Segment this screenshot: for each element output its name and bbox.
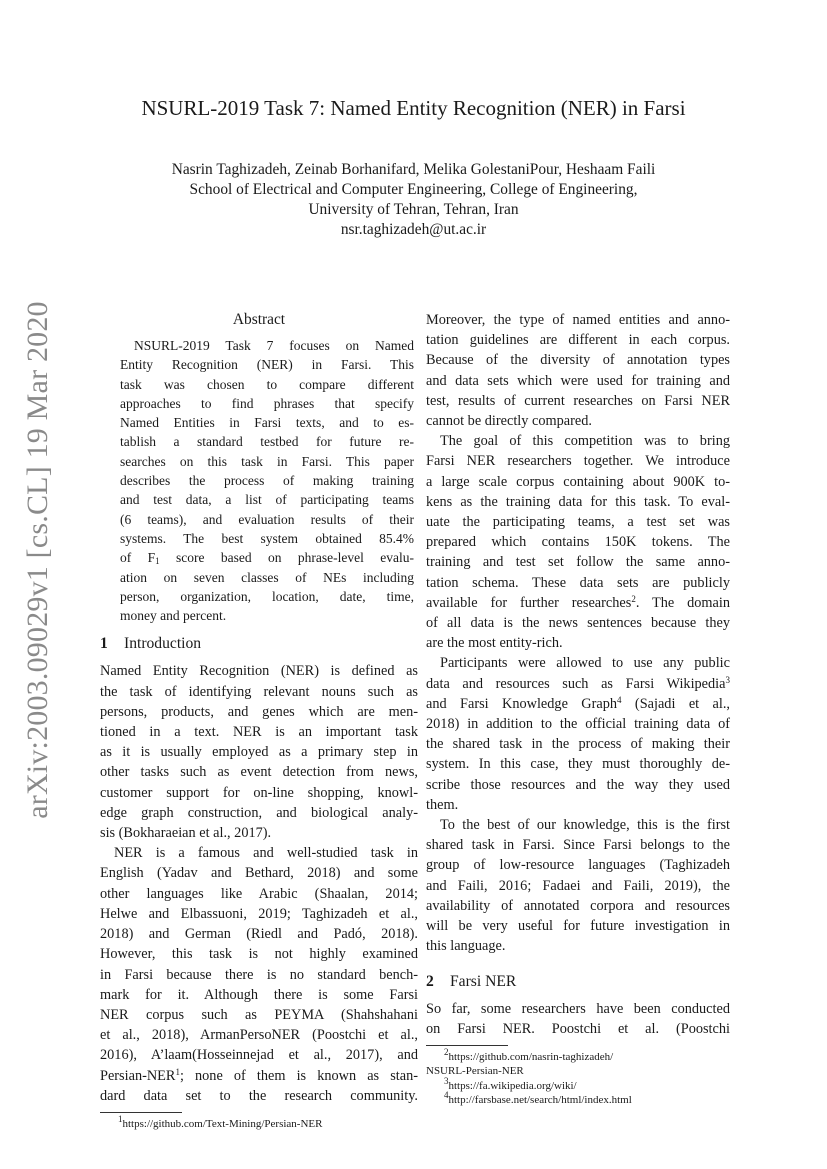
paragraph-line: other tasks such as event detection from… xyxy=(100,762,418,782)
abstract-line: systems. The best system obtained 85.4% xyxy=(120,529,414,548)
author-list: Nasrin Taghizadeh, Zeinab Borhanifard, M… xyxy=(0,160,827,180)
arxiv-identifier: arXiv:2003.09029v1 [cs.CL] 19 Mar 2020 xyxy=(21,301,55,819)
paragraph-line: and data sets which were used for traini… xyxy=(426,371,730,391)
section-number: 2 xyxy=(426,971,450,993)
paper-title: NSURL-2019 Task 7: Named Entity Recognit… xyxy=(0,96,827,121)
paragraph-line: Named Entity Recognition (NER) is define… xyxy=(100,661,418,681)
abstract-line: ation on seven classes of NEs including xyxy=(120,568,414,587)
paragraph-line: other languages like Arabic (Shaalan, 20… xyxy=(100,884,418,904)
footnote-1: 1https://github.com/Text-Mining/Persian-… xyxy=(100,1117,418,1132)
paragraph-line: a large scale corpus containing about 90… xyxy=(426,472,730,492)
abstract-line: task was chosen to compare different xyxy=(120,375,414,394)
paragraph-line: To the best of our knowledge, this is th… xyxy=(426,815,730,835)
paragraph-line: Moreover, the type of named entities and… xyxy=(426,310,730,330)
paragraph-line: edge graph construction, and biological … xyxy=(100,803,418,823)
section-heading-farsi-ner: 2Farsi NER xyxy=(426,971,730,993)
introduction-continued: Moreover, the type of named entities and… xyxy=(426,310,730,957)
paragraph-line: mark for it. Although there is some Fars… xyxy=(100,985,418,1005)
paragraph-line: Farsi NER researchers together. We intro… xyxy=(426,451,730,471)
footnotes-right: 2https://github.com/nasrin-taghizadeh/ N… xyxy=(426,1046,730,1108)
paragraph-line: training and test set follow the same an… xyxy=(426,552,730,572)
abstract-line: person, organization, location, date, ti… xyxy=(120,587,414,606)
section-heading-introduction: 1Introduction xyxy=(100,633,418,655)
paragraph-line: shared task in Farsi. Since Farsi belong… xyxy=(426,835,730,855)
paragraph-line: system. In this case, they must thorough… xyxy=(426,754,730,774)
paragraph-line: this language. xyxy=(426,936,730,956)
paragraph-line-wikipedia: data and resources such as Farsi Wikiped… xyxy=(426,674,730,694)
paragraph-line: persons, products, and genes which are m… xyxy=(100,702,418,722)
abstract-line: (6 teams), and evaluation results of the… xyxy=(120,510,414,529)
paragraph-line: tation guidelines are different in each … xyxy=(426,330,730,350)
paragraph-line: scribe those resources and the way they … xyxy=(426,775,730,795)
paragraph-line: However, this task is not highly examine… xyxy=(100,944,418,964)
footnote-link[interactable]: https://github.com/nasrin-taghizadeh/ xyxy=(449,1051,614,1063)
introduction-body: Named Entity Recognition (NER) is define… xyxy=(100,661,418,1105)
paragraph-line: cannot be directly compared. xyxy=(426,411,730,431)
abstract-line: describes the process of making training xyxy=(120,471,414,490)
paragraph-line-knowledge-graph: and Farsi Knowledge Graph4 (Sajadi et al… xyxy=(426,694,730,714)
abstract-line: and test data, a list of participating t… xyxy=(120,490,414,509)
paragraph-line: test, results of current researches on F… xyxy=(426,391,730,411)
footnote-3: 3https://fa.wikipedia.org/wiki/ xyxy=(426,1079,730,1094)
abstract-line: tablish a standard testbed for future re… xyxy=(120,432,414,451)
footnote-4: 4http://farsbase.net/search/html/index.h… xyxy=(426,1093,730,1108)
paragraph-line: English (Yadav and Bethard, 2018) and so… xyxy=(100,863,418,883)
paragraph-line: tioned in a text. NER is an important ta… xyxy=(100,722,418,742)
footnote-link[interactable]: https://fa.wikipedia.org/wiki/ xyxy=(449,1080,577,1092)
abstract-line: searches on this task in Farsi. This pap… xyxy=(120,452,414,471)
paragraph-line: dard data set to the research community. xyxy=(100,1086,418,1106)
paragraph-line: and Faili, 2016; Fadaei and Faili, 2019)… xyxy=(426,876,730,896)
section-title: Farsi NER xyxy=(450,973,516,990)
abstract-line: money and percent. xyxy=(120,606,414,625)
abstract-line: NSURL-2019 Task 7 focuses on Named xyxy=(120,336,414,355)
abstract-line: approaches to find phrases that specify xyxy=(120,394,414,413)
paragraph-line: NER is a famous and well-studied task in xyxy=(100,843,418,863)
paragraph-line: on Farsi NER. Poostchi et al. (Poostchi xyxy=(426,1019,730,1039)
paragraph-line: kens as the training data for this task.… xyxy=(426,492,730,512)
paragraph-line: NER corpus such as PEYMA (Shahshahani xyxy=(100,1005,418,1025)
abstract-heading: Abstract xyxy=(100,310,418,330)
paragraph-line: as it is usually employed as a primary s… xyxy=(100,742,418,762)
paragraph-line: customer support for on-line shopping, k… xyxy=(100,783,418,803)
footnote-ref-3[interactable]: 3 xyxy=(726,675,731,685)
farsi-ner-body: So far, some researchers have been condu… xyxy=(426,999,730,1039)
footnote-link[interactable]: NSURL-Persian-NER xyxy=(426,1065,524,1077)
footnote-link[interactable]: http://farsbase.net/search/html/index.ht… xyxy=(449,1094,632,1106)
paragraph-line: of all data is the news sentences becaus… xyxy=(426,613,730,633)
abstract-line: Entity Recognition (NER) in Farsi. This xyxy=(120,355,414,374)
paragraph-line-available: available for further researches2. The d… xyxy=(426,593,730,613)
section-number: 1 xyxy=(100,633,124,655)
paragraph-line: in Farsi because there is no standard be… xyxy=(100,965,418,985)
paragraph-line: Because of the diversity of annotation t… xyxy=(426,350,730,370)
paragraph-line: them. xyxy=(426,795,730,815)
paragraph-line-persian-ner: Persian-NER1; none of them is known as s… xyxy=(100,1066,418,1086)
paragraph-line: et al., 2018), ArmanPersoNER (Poostchi e… xyxy=(100,1025,418,1045)
paragraph-line: are the most entity-rich. xyxy=(426,633,730,653)
paragraph-line: 2016), A’laam(Hosseinnejad et al., 2017)… xyxy=(100,1045,418,1065)
affiliation-line-2: University of Tehran, Tehran, Iran xyxy=(0,200,827,220)
abstract-line: Named Entities in Farsi texts, and to es… xyxy=(120,413,414,432)
paragraph-line: the task of identifying relevant nouns s… xyxy=(100,682,418,702)
paragraph-line: Helwe and Elbassuoni, 2019; Taghizadeh e… xyxy=(100,904,418,924)
paragraph-line: 2018) in addition to the official traini… xyxy=(426,714,730,734)
paragraph-line: So far, some researchers have been condu… xyxy=(426,999,730,1019)
author-email: nsr.taghizadeh@ut.ac.ir xyxy=(0,220,827,240)
paragraph-line: Participants were allowed to use any pub… xyxy=(426,653,730,673)
paragraph-line: group of low-resource languages (Taghiza… xyxy=(426,855,730,875)
abstract-body: NSURL-2019 Task 7 focuses on Named Entit… xyxy=(120,336,414,625)
left-column: Abstract NSURL-2019 Task 7 focuses on Na… xyxy=(100,310,418,1131)
paragraph-line: the shared task in the process of making… xyxy=(426,734,730,754)
footnote-2-continued: NSURL-Persian-NER xyxy=(426,1064,730,1079)
author-block: Nasrin Taghizadeh, Zeinab Borhanifard, M… xyxy=(0,160,827,240)
footnotes-left: 1https://github.com/Text-Mining/Persian-… xyxy=(100,1113,418,1132)
paragraph-line: uate the participating teams, a test set… xyxy=(426,512,730,532)
right-column: Moreover, the type of named entities and… xyxy=(426,310,730,1108)
abstract-line-f1: of F1 score based on phrase-level evalu- xyxy=(120,548,414,567)
footnote-2: 2https://github.com/nasrin-taghizadeh/ xyxy=(426,1050,730,1065)
section-title: Introduction xyxy=(124,635,201,652)
footnote-link[interactable]: https://github.com/Text-Mining/Persian-N… xyxy=(123,1118,323,1130)
paragraph-line: availability of annotated corpora and re… xyxy=(426,896,730,916)
paragraph-line: will be very useful for future investiga… xyxy=(426,916,730,936)
paragraph-line: tation schema. These data sets are publi… xyxy=(426,573,730,593)
paragraph-line: sis (Bokharaeian et al., 2017). xyxy=(100,823,418,843)
paragraph-line: The goal of this competition was to brin… xyxy=(426,431,730,451)
paragraph-line: 2018) and German (Riedl and Padó, 2018). xyxy=(100,924,418,944)
affiliation-line-1: School of Electrical and Computer Engine… xyxy=(0,180,827,200)
paragraph-line: prepared which contains 150K tokens. The xyxy=(426,532,730,552)
